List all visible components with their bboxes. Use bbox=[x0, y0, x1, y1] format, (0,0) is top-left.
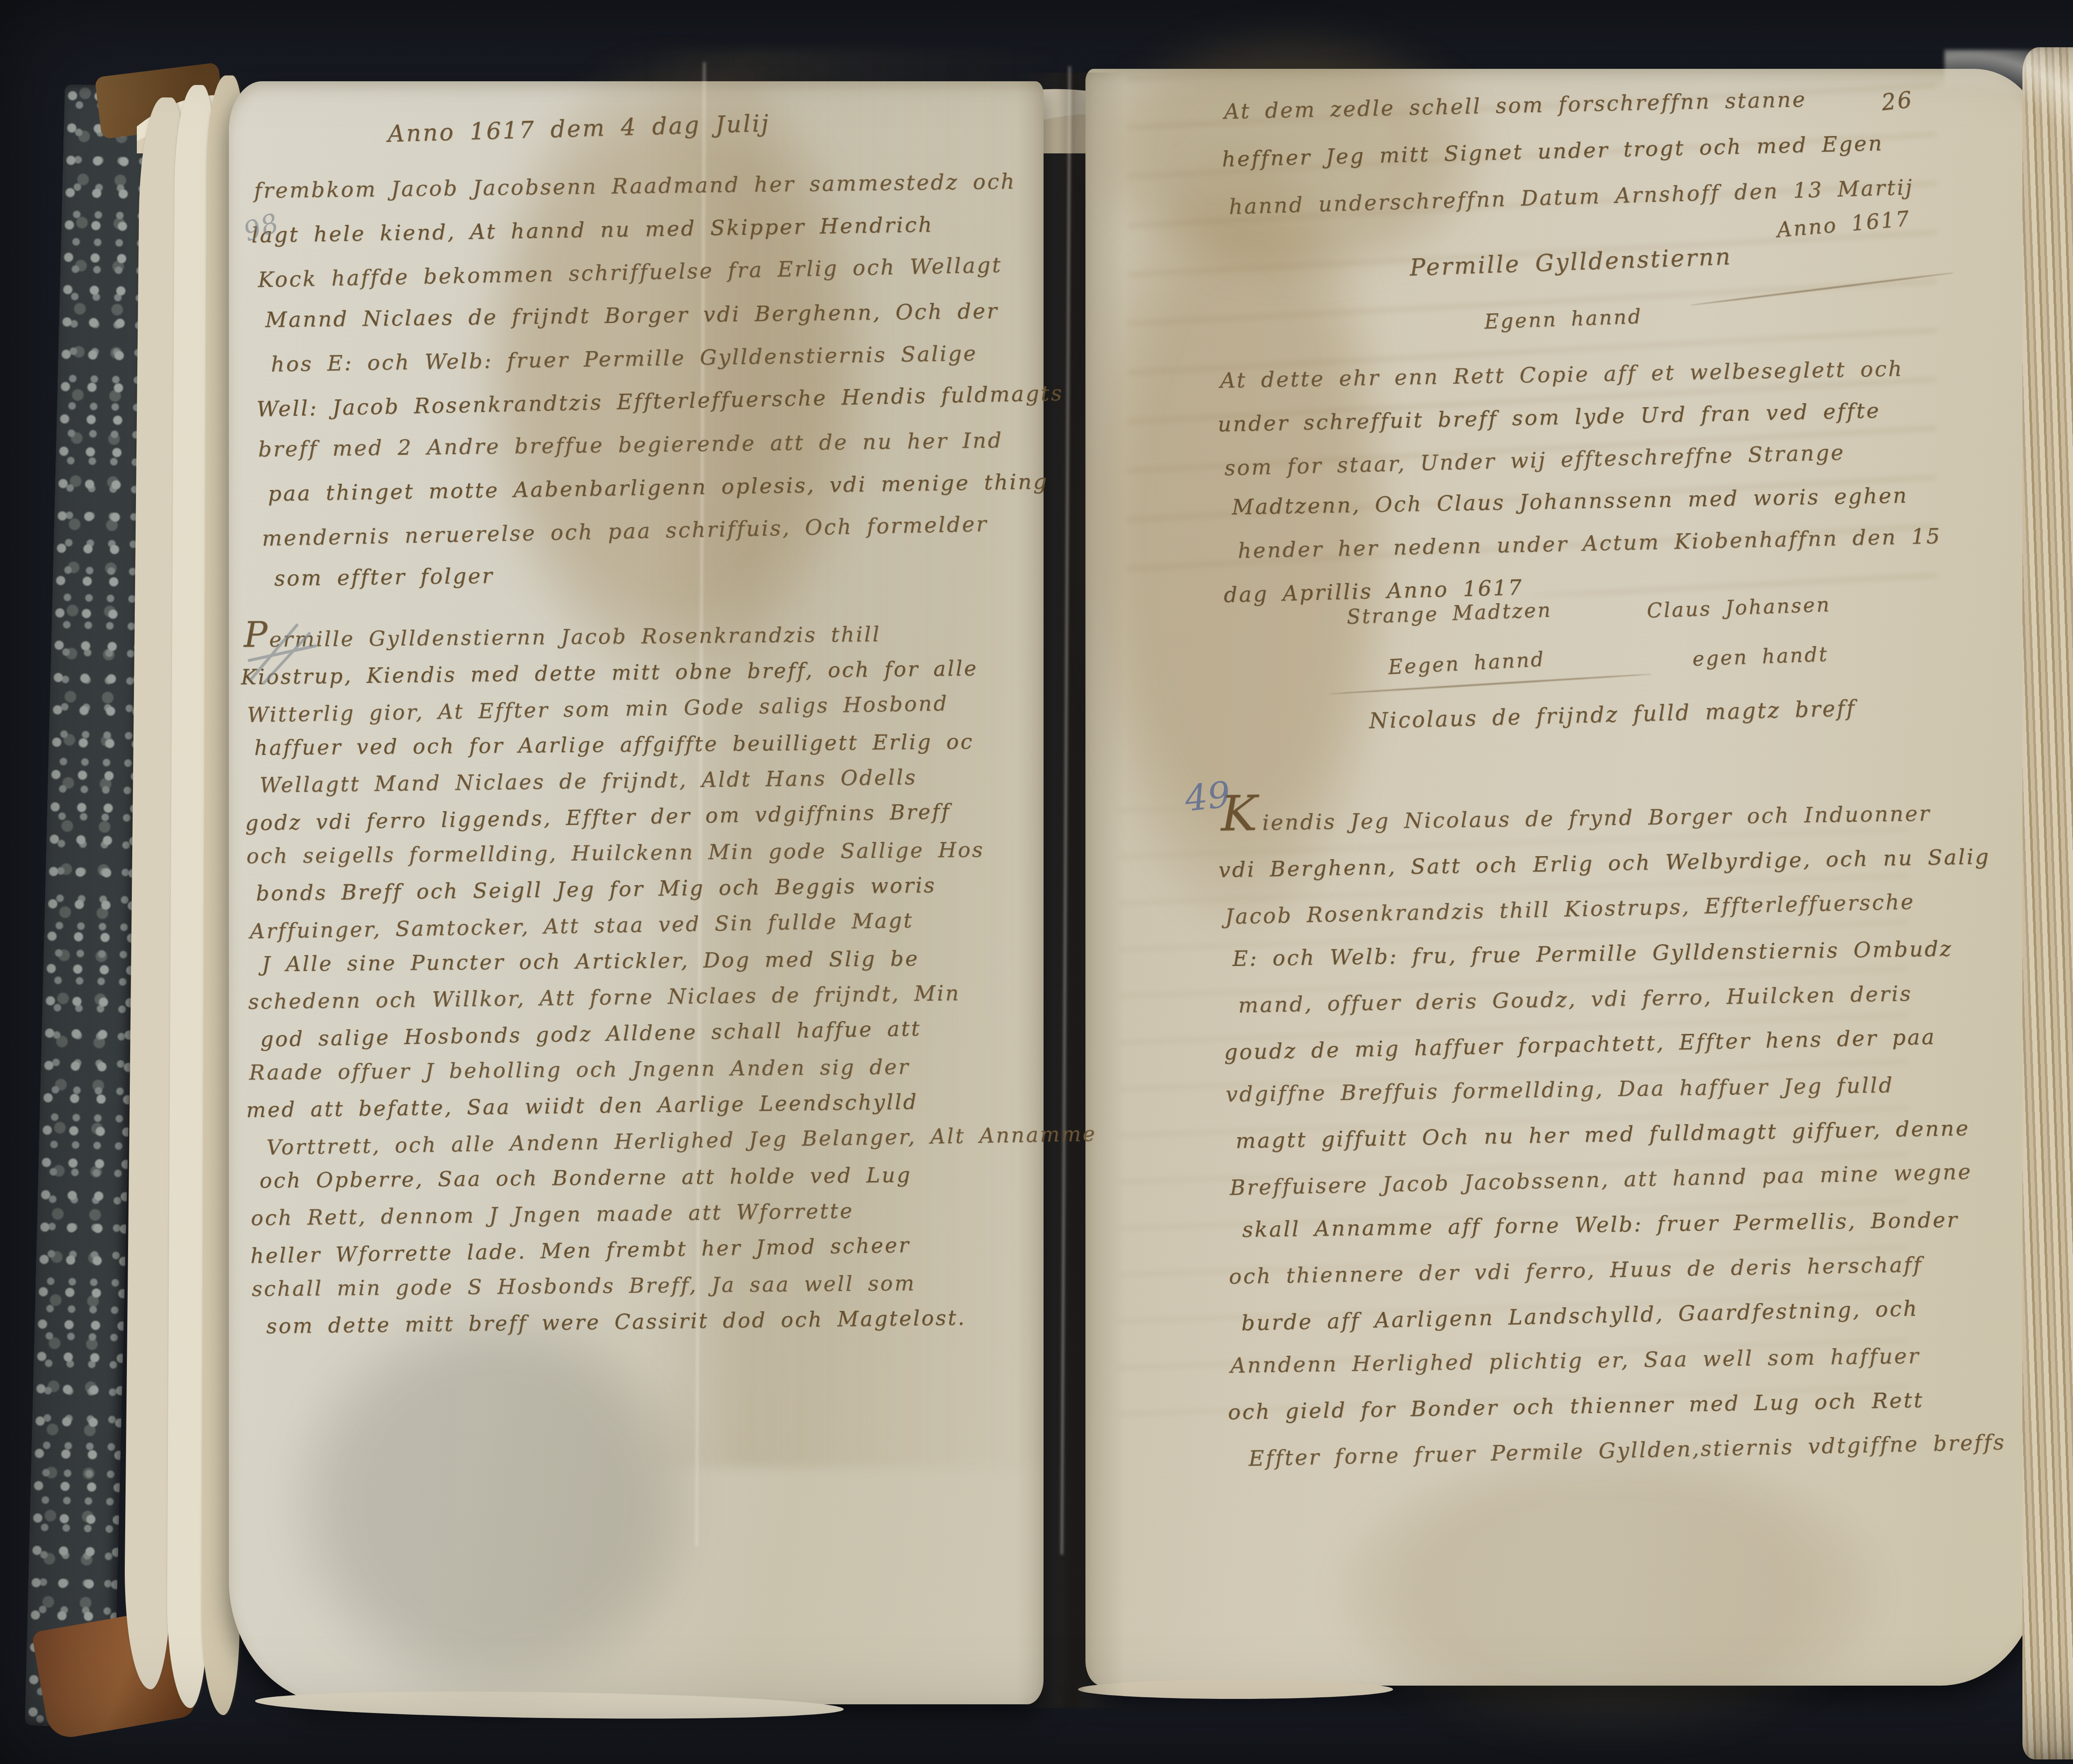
page-number: 26 bbox=[1880, 86, 1915, 116]
fore-edge-page-stack bbox=[2022, 47, 2073, 1759]
photo-backdrop: Anno 1617 dem 4 dag Julij frembkom Jacob… bbox=[0, 0, 2073, 1764]
manuscript-line: haffuer ved och for Aarlige affgiffte be… bbox=[254, 723, 1025, 766]
page-edge-bottom-center bbox=[1078, 1680, 1393, 1699]
left-paragraph-permille-letter: Permille Gylldenstiernn Jacob Rosenkrand… bbox=[243, 614, 1032, 1345]
manuscript-line: J Alle sine Puncter och Artickler, Dog m… bbox=[262, 940, 1027, 983]
scribble-stroke bbox=[249, 646, 316, 660]
manuscript-line: Mannd Niclaes de frijndt Borger vdi Berg… bbox=[265, 290, 1019, 342]
manuscript-line: Permille Gylldenstiernn Jacob Rosenkrand… bbox=[244, 615, 1024, 658]
graphite-scribble-mark bbox=[247, 621, 318, 685]
right-header-closing-lines: At dem zedle schell som forschreffnn sta… bbox=[1223, 74, 1874, 229]
left-paragraph-court-record: frembkom Jacob Jacobsenn Raadmand her sa… bbox=[254, 159, 1023, 602]
manuscript-line: och Opberre, Saa och Bonderne att holde … bbox=[260, 1156, 1030, 1199]
manuscript-line: och seigells formellding, Huilckenn Min … bbox=[246, 832, 1026, 874]
right-paragraph-fuldmagt-text: Kiendis Jeg Nicolaus de frynd Borger och… bbox=[1221, 786, 2016, 1480]
stain-right-bottom bbox=[1339, 1443, 1878, 1741]
signature-claus-johansen-own-hand: egen handt bbox=[1692, 643, 1829, 670]
manuscript-line: schall min gode S Hosbonds Breff, Ja saa… bbox=[252, 1264, 1032, 1307]
right-paragraph-copy-attestation: At dette ehr enn Rett Copie aff et welbe… bbox=[1220, 345, 1996, 615]
manuscript-line: Raade offuer J beholling och Jngenn Ande… bbox=[249, 1048, 1029, 1091]
fore-edge-top-curve-highlight bbox=[1944, 50, 2073, 216]
manuscript-line: som effter folger bbox=[274, 548, 1023, 601]
stain-left-bottom bbox=[286, 1306, 701, 1700]
gutter-shadow bbox=[1017, 73, 1125, 1708]
